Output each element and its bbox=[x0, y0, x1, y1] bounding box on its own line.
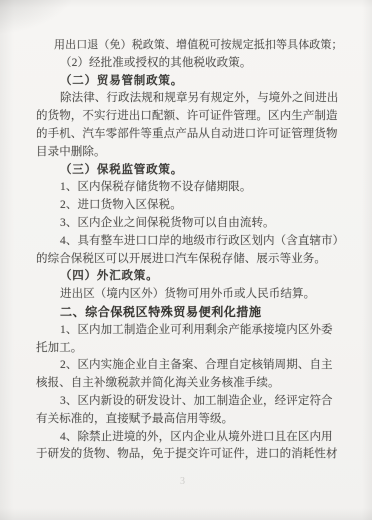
document-line: 的货物，不实行进出口配额、许可证件管理。区内生产制造 bbox=[36, 108, 338, 126]
document-line: 进出区（境内区外）货物可用外币或人民币结算。 bbox=[36, 286, 338, 304]
document-line: 于研发的货物、物品，免于提交许可证件，进口的消耗性材 bbox=[36, 446, 338, 464]
document-line: 用出口退（免）税政策、增值税可按规定抵扣等具体政策； bbox=[36, 37, 338, 55]
document-list-item: 3、区内企业之间保税货物可以自由流转。 bbox=[36, 215, 338, 233]
document-line: 的手机、汽车零部件等重点产品从自动进口许可证管理货物 bbox=[36, 126, 338, 144]
document-list-item: 4、具有整车进口口岸的地级市行政区划内（含直辖市） bbox=[36, 233, 338, 251]
document-line: 有关标准的，直接赋予最高信用等级。 bbox=[36, 411, 338, 429]
document-text-block: 用出口退（免）税政策、增值税可按规定抵扣等具体政策； （2）经批准或授权的其他税… bbox=[36, 37, 338, 464]
document-line: 核报、自主补缴税款并简化海关业务核准手续。 bbox=[36, 375, 338, 393]
chapter-heading-trade-facilitation: 二、综合保税区特殊贸易便利化措施 bbox=[36, 304, 338, 322]
document-list-item: 1、区内保税存储货物不设存储期限。 bbox=[36, 179, 338, 197]
document-line: 的综合保税区可以开展进口汽车保税存储、展示等业务。 bbox=[36, 251, 338, 269]
section-heading-trade-control: （二）贸易管制政策。 bbox=[36, 73, 338, 91]
page-number: 3 bbox=[180, 476, 185, 487]
document-list-item: 2、进口货物入区保税。 bbox=[36, 197, 338, 215]
section-heading-bonded-supervision: （三）保税监管政策。 bbox=[36, 162, 338, 180]
section-heading-foreign-exchange: （四）外汇政策。 bbox=[36, 268, 338, 286]
document-list-item: 3、区内新设的研发设计、加工制造企业，经评定符合 bbox=[36, 393, 338, 411]
document-list-item: 2、区内实施企业自主备案、合理自定核销周期、自主 bbox=[36, 357, 338, 375]
document-line: 目录中删除。 bbox=[36, 144, 338, 162]
document-list-item: 1、区内加工制造企业可利用剩余产能承接境内区外委 bbox=[36, 322, 338, 340]
scanned-document-page: 用出口退（免）税政策、增值税可按规定抵扣等具体政策； （2）经批准或授权的其他税… bbox=[0, 0, 372, 520]
document-list-item: 4、除禁止进境的外，区内企业从境外进口且在区内用 bbox=[36, 429, 338, 447]
document-line: 托加工。 bbox=[36, 340, 338, 358]
document-line: （2）经批准或授权的其他税收政策。 bbox=[36, 55, 338, 73]
document-line: 除法律、行政法规和规章另有规定外，与境外之间进出 bbox=[36, 90, 338, 108]
